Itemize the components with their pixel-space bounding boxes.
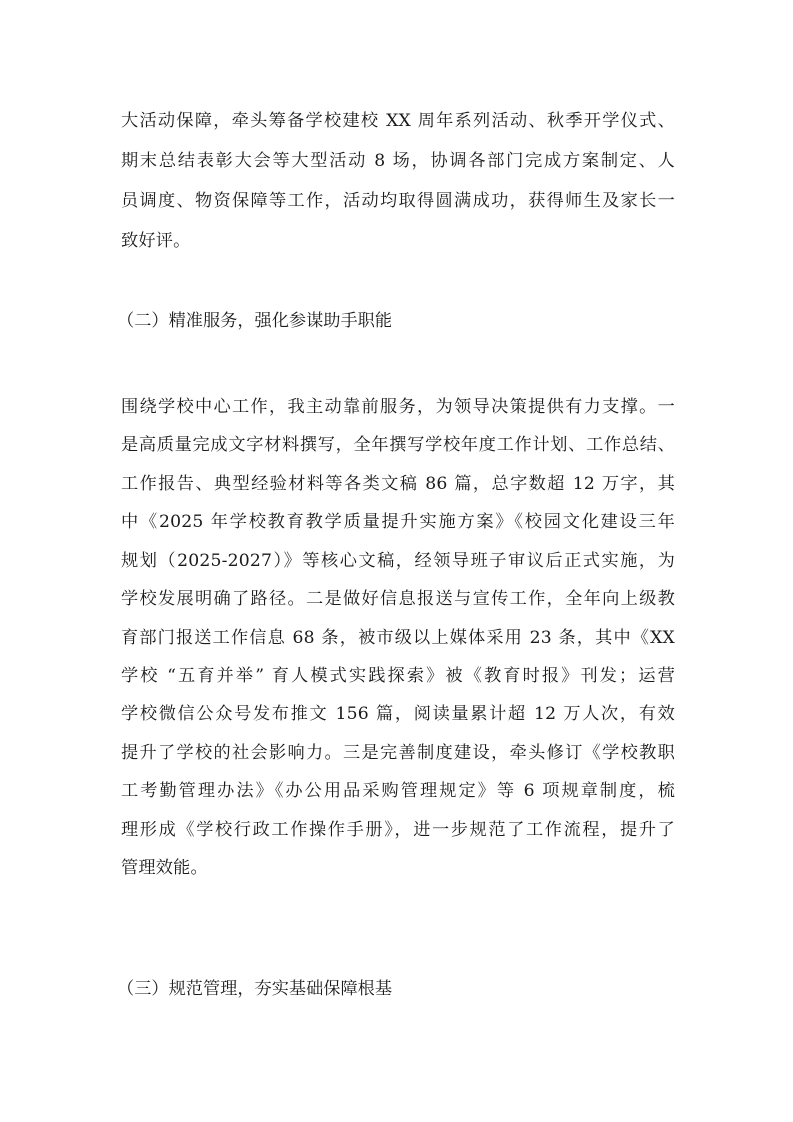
text-line: 管理效能。	[121, 857, 208, 879]
text-line: 学校发展明确了路径。二是做好信息报送与宣传工作，全年向上级教	[121, 588, 675, 610]
text-line: 大活动保障，牵头筹备学校建校 XX 周年系列活动、秋季开学仪式、	[121, 110, 675, 132]
text-line: 围绕学校中心工作，我主动靠前服务，为领导决策提供有力支撑。一	[121, 396, 675, 418]
text-line: 工作报告、典型经验材料等各类文稿 86 篇，总字数超 12 万字，其	[121, 473, 675, 495]
text-line: 员调度、物资保障等工作，活动均取得圆满成功，获得师生及家长一	[121, 190, 675, 212]
text-line: 学校 “五育并举” 育人模式实践探索》被《教育时报》刊发；运营	[121, 665, 675, 687]
text-line: 是高质量完成文字材料撰写，全年撰写学校年度工作计划、工作总结、	[121, 434, 675, 456]
text-line: 学校微信公众号发布推文 156 篇，阅读量累计超 12 万人次，有效	[121, 703, 675, 725]
text-line: 规划（2025-2027）》等核心文稿，经领导班子审议后正式实施，为	[121, 550, 675, 572]
text-line: 工考勤管理办法》《办公用品采购管理规定》等 6 项规章制度，梳	[121, 780, 675, 802]
section-heading-3: （三）规范管理，夯实基础保障根基	[117, 978, 392, 1000]
text-line: 致好评。	[121, 230, 191, 252]
text-line: 育部门报送工作信息 68 条，被市级以上媒体采用 23 条，其中《XX	[121, 627, 675, 649]
section-heading-2: （二）精准服务，强化参谋助手职能	[117, 310, 392, 332]
text-line: 期末总结表彰大会等大型活动 8 场，协调各部门完成方案制定、人	[121, 150, 675, 172]
text-line: 中《2025 年学校教育教学质量提升实施方案》《校园文化建设三年	[121, 511, 675, 533]
text-line: 提升了学校的社会影响力。三是完善制度建设，牵头修订《学校教职	[121, 742, 675, 764]
text-line: 理形成《学校行政工作操作手册》，进一步规范了工作流程，提升了	[121, 819, 675, 841]
